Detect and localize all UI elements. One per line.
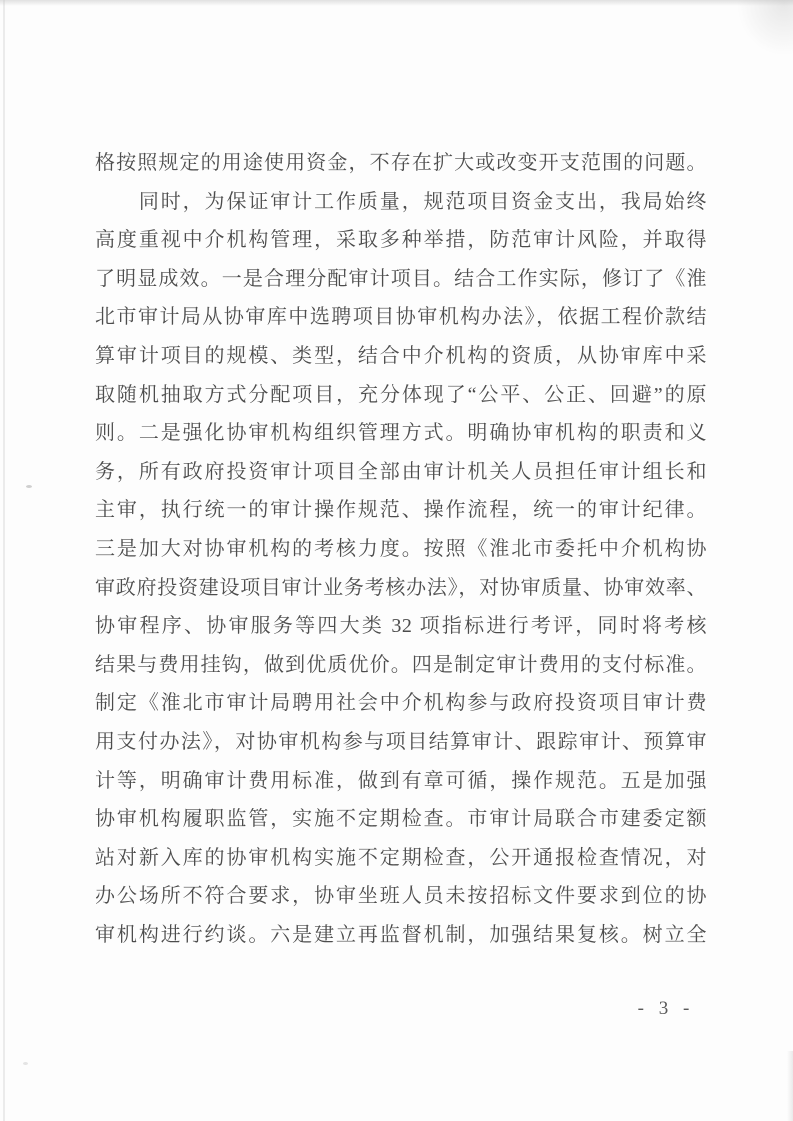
text-line: 格按照规定的用途使用资金，不存在扩大或改变开支范围的问题。 [95,144,707,183]
text-line: 高度重视中介机构管理，采取多种举措，防范审计风险，并取得 [95,221,707,260]
scan-artifact-left-edge [3,0,5,1121]
page-number: - 3 - [630,998,702,1020]
scan-artifact-top-right [733,0,793,60]
text-line: 三是加大对协审机构的考核力度。按照《淮北市委托中介机构协 [95,530,707,569]
scan-artifact-speck [23,1062,28,1065]
scan-artifact-bottom-right [787,1051,793,1121]
text-line: 审政府投资建设项目审计业务考核办法》，对协审质量、协审效率、 [95,569,707,608]
text-line: 办公场所不符合要求，协审坐班人员未按招标文件要求到位的协 [95,877,707,916]
text-line: 北市审计局从协审库中选聘项目协审机构办法》，依据工程价款结 [95,298,707,337]
text-line: 审机构进行约谈。六是建立再监督机制，加强结果复核。树立全 [95,916,707,955]
text-line: 制定《淮北市审计局聘用社会中介机构参与政府投资项目审计费 [95,684,707,723]
text-line: 同时，为保证审计工作质量，规范项目资金支出，我局始终 [95,183,707,222]
text-line: 取随机抽取方式分配项目，充分体现了“公平、公正、回避”的原 [95,376,707,415]
text-line: 主审，执行统一的审计操作规范、操作流程，统一的审计纪律。 [95,491,707,530]
text-line: 用支付办法》，对协审机构参与项目结算审计、跟踪审计、预算审 [95,723,707,762]
text-line: 算审计项目的规模、类型，结合中介机构的资质，从协审库中采 [95,337,707,376]
text-line: 站对新入库的协审机构实施不定期检查，公开通报检查情况，对 [95,839,707,878]
text-line: 了明显成效。一是合理分配审计项目。结合工作实际，修订了《淮 [95,260,707,299]
text-line: 务，所有政府投资审计项目全部由审计机关人员担任审计组长和 [95,453,707,492]
text-line: 结果与费用挂钩，做到优质优价。四是制定审计费用的支付标准。 [95,646,707,685]
scan-artifact-speck [26,485,32,488]
body-text: 格按照规定的用途使用资金，不存在扩大或改变开支范围的问题。 同时，为保证审计工作… [95,144,707,954]
text-line: 计等，明确审计费用标准，做到有章可循，操作规范。五是加强 [95,762,707,801]
text-line: 则。二是强化协审机构组织管理方式。明确协审机构的职责和义 [95,414,707,453]
text-line: 协审机构履职监管，实施不定期检查。市审计局联合市建委定额 [95,800,707,839]
document-page: 格按照规定的用途使用资金，不存在扩大或改变开支范围的问题。 同时，为保证审计工作… [0,0,793,1121]
text-line: 协审程序、协审服务等四大类 32 项指标进行考评，同时将考核 [95,607,707,646]
scan-artifact-top-band [0,0,793,6]
